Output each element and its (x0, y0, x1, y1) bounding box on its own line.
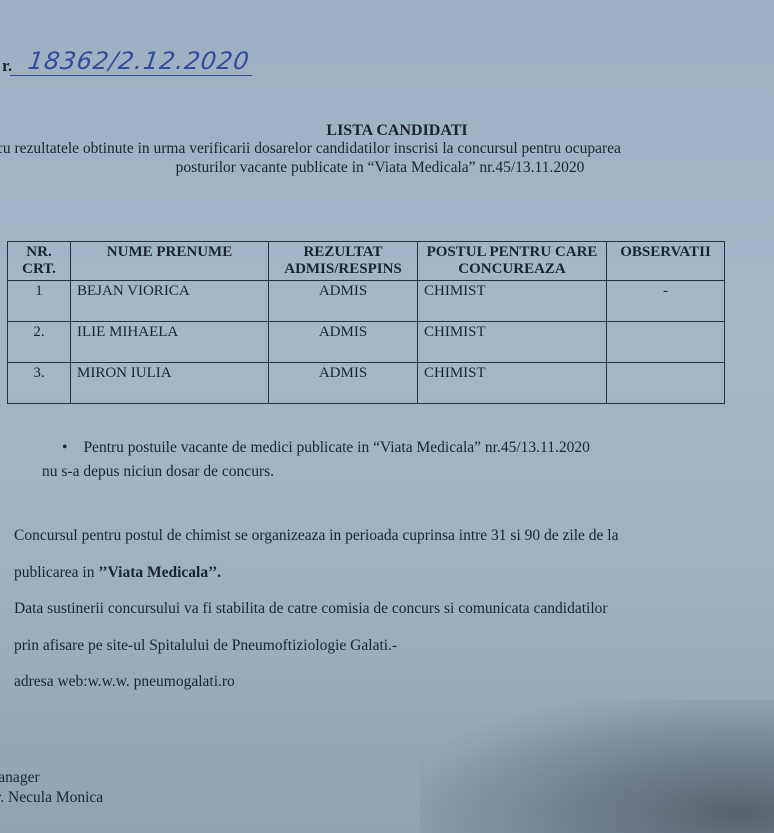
cell-name: MIRON IULIA (71, 363, 269, 404)
col-name: NUME PRENUME (71, 242, 269, 281)
candidates-table: NR. CRT. NUME PRENUME REZULTAT ADMIS/RES… (7, 241, 725, 404)
para-line-5: adresa web:w.w.w. pneumogalati.ro (14, 664, 774, 701)
cell-result: ADMIS (269, 322, 418, 363)
contest-paragraph: Concursul pentru postul de chimist se or… (14, 518, 774, 701)
cell-observations: - (607, 281, 725, 322)
col-observations: OBSERVATII (607, 242, 725, 281)
cell-name: ILIE MIHAELA (71, 322, 269, 363)
signature-block: lanager r. Necula Monica (0, 768, 103, 808)
photo-shadow (420, 700, 774, 833)
cell-result: ADMIS (269, 363, 418, 404)
bullet-line-2: nu s-a depus niciun dosar de concurs. (42, 460, 590, 484)
table-header-row: NR. CRT. NUME PRENUME REZULTAT ADMIS/RES… (8, 242, 725, 281)
cell-observations (607, 363, 725, 404)
subtitle-line-2: posturilor vacante publicate in “Viata M… (176, 159, 585, 176)
bullet-line-1: Pentru postuile vacante de medici public… (83, 439, 589, 456)
document-title: LISTA CANDIDATI (0, 122, 774, 140)
bullet-note: •Pentru postuile vacante de medici publi… (42, 436, 590, 484)
document-subtitle: cu rezultatele obtinute in urma verifica… (0, 139, 760, 177)
signature-name: r. Necula Monica (0, 788, 103, 808)
table-row: 1 BEJAN VIORICA ADMIS CHIMIST - (8, 281, 725, 322)
cell-name: BEJAN VIORICA (71, 281, 269, 322)
subtitle-line-1: cu rezultatele obtinute in urma verifica… (0, 139, 760, 158)
cell-post: CHIMIST (418, 322, 607, 363)
cell-result: ADMIS (269, 281, 418, 322)
cell-nr: 1 (8, 281, 71, 322)
col-result: REZULTAT ADMIS/RESPINS (269, 242, 418, 281)
cell-nr: 2. (8, 322, 71, 363)
table-row: 2. ILIE MIHAELA ADMIS CHIMIST (8, 322, 725, 363)
para-line-1: Concursul pentru postul de chimist se or… (14, 518, 774, 555)
para-line-2: publicarea in ’’Viata Medicala’’. (14, 555, 774, 592)
para-line-2-bold: ’’Viata Medicala’’. (98, 564, 221, 581)
para-line-2-text: publicarea in (14, 564, 98, 581)
cell-post: CHIMIST (418, 363, 607, 404)
cell-nr: 3. (8, 363, 71, 404)
handwritten-registration: 18362/2.12.2020 (10, 47, 256, 76)
col-nr: NR. CRT. (8, 242, 71, 281)
cell-post: CHIMIST (418, 281, 607, 322)
cell-observations (607, 322, 725, 363)
bullet-icon: • (62, 436, 67, 460)
col-post: POSTUL PENTRU CARE CONCUREAZA (418, 242, 607, 281)
registration-number: r. 18362/2.12.2020 (0, 36, 254, 76)
signature-role: lanager (0, 768, 103, 788)
para-line-4: prin afisare pe site-ul Spitalului de Pn… (14, 628, 774, 665)
table-row: 3. MIRON IULIA ADMIS CHIMIST (8, 363, 725, 404)
para-line-3: Data sustinerii concursului va fi stabil… (14, 591, 774, 628)
